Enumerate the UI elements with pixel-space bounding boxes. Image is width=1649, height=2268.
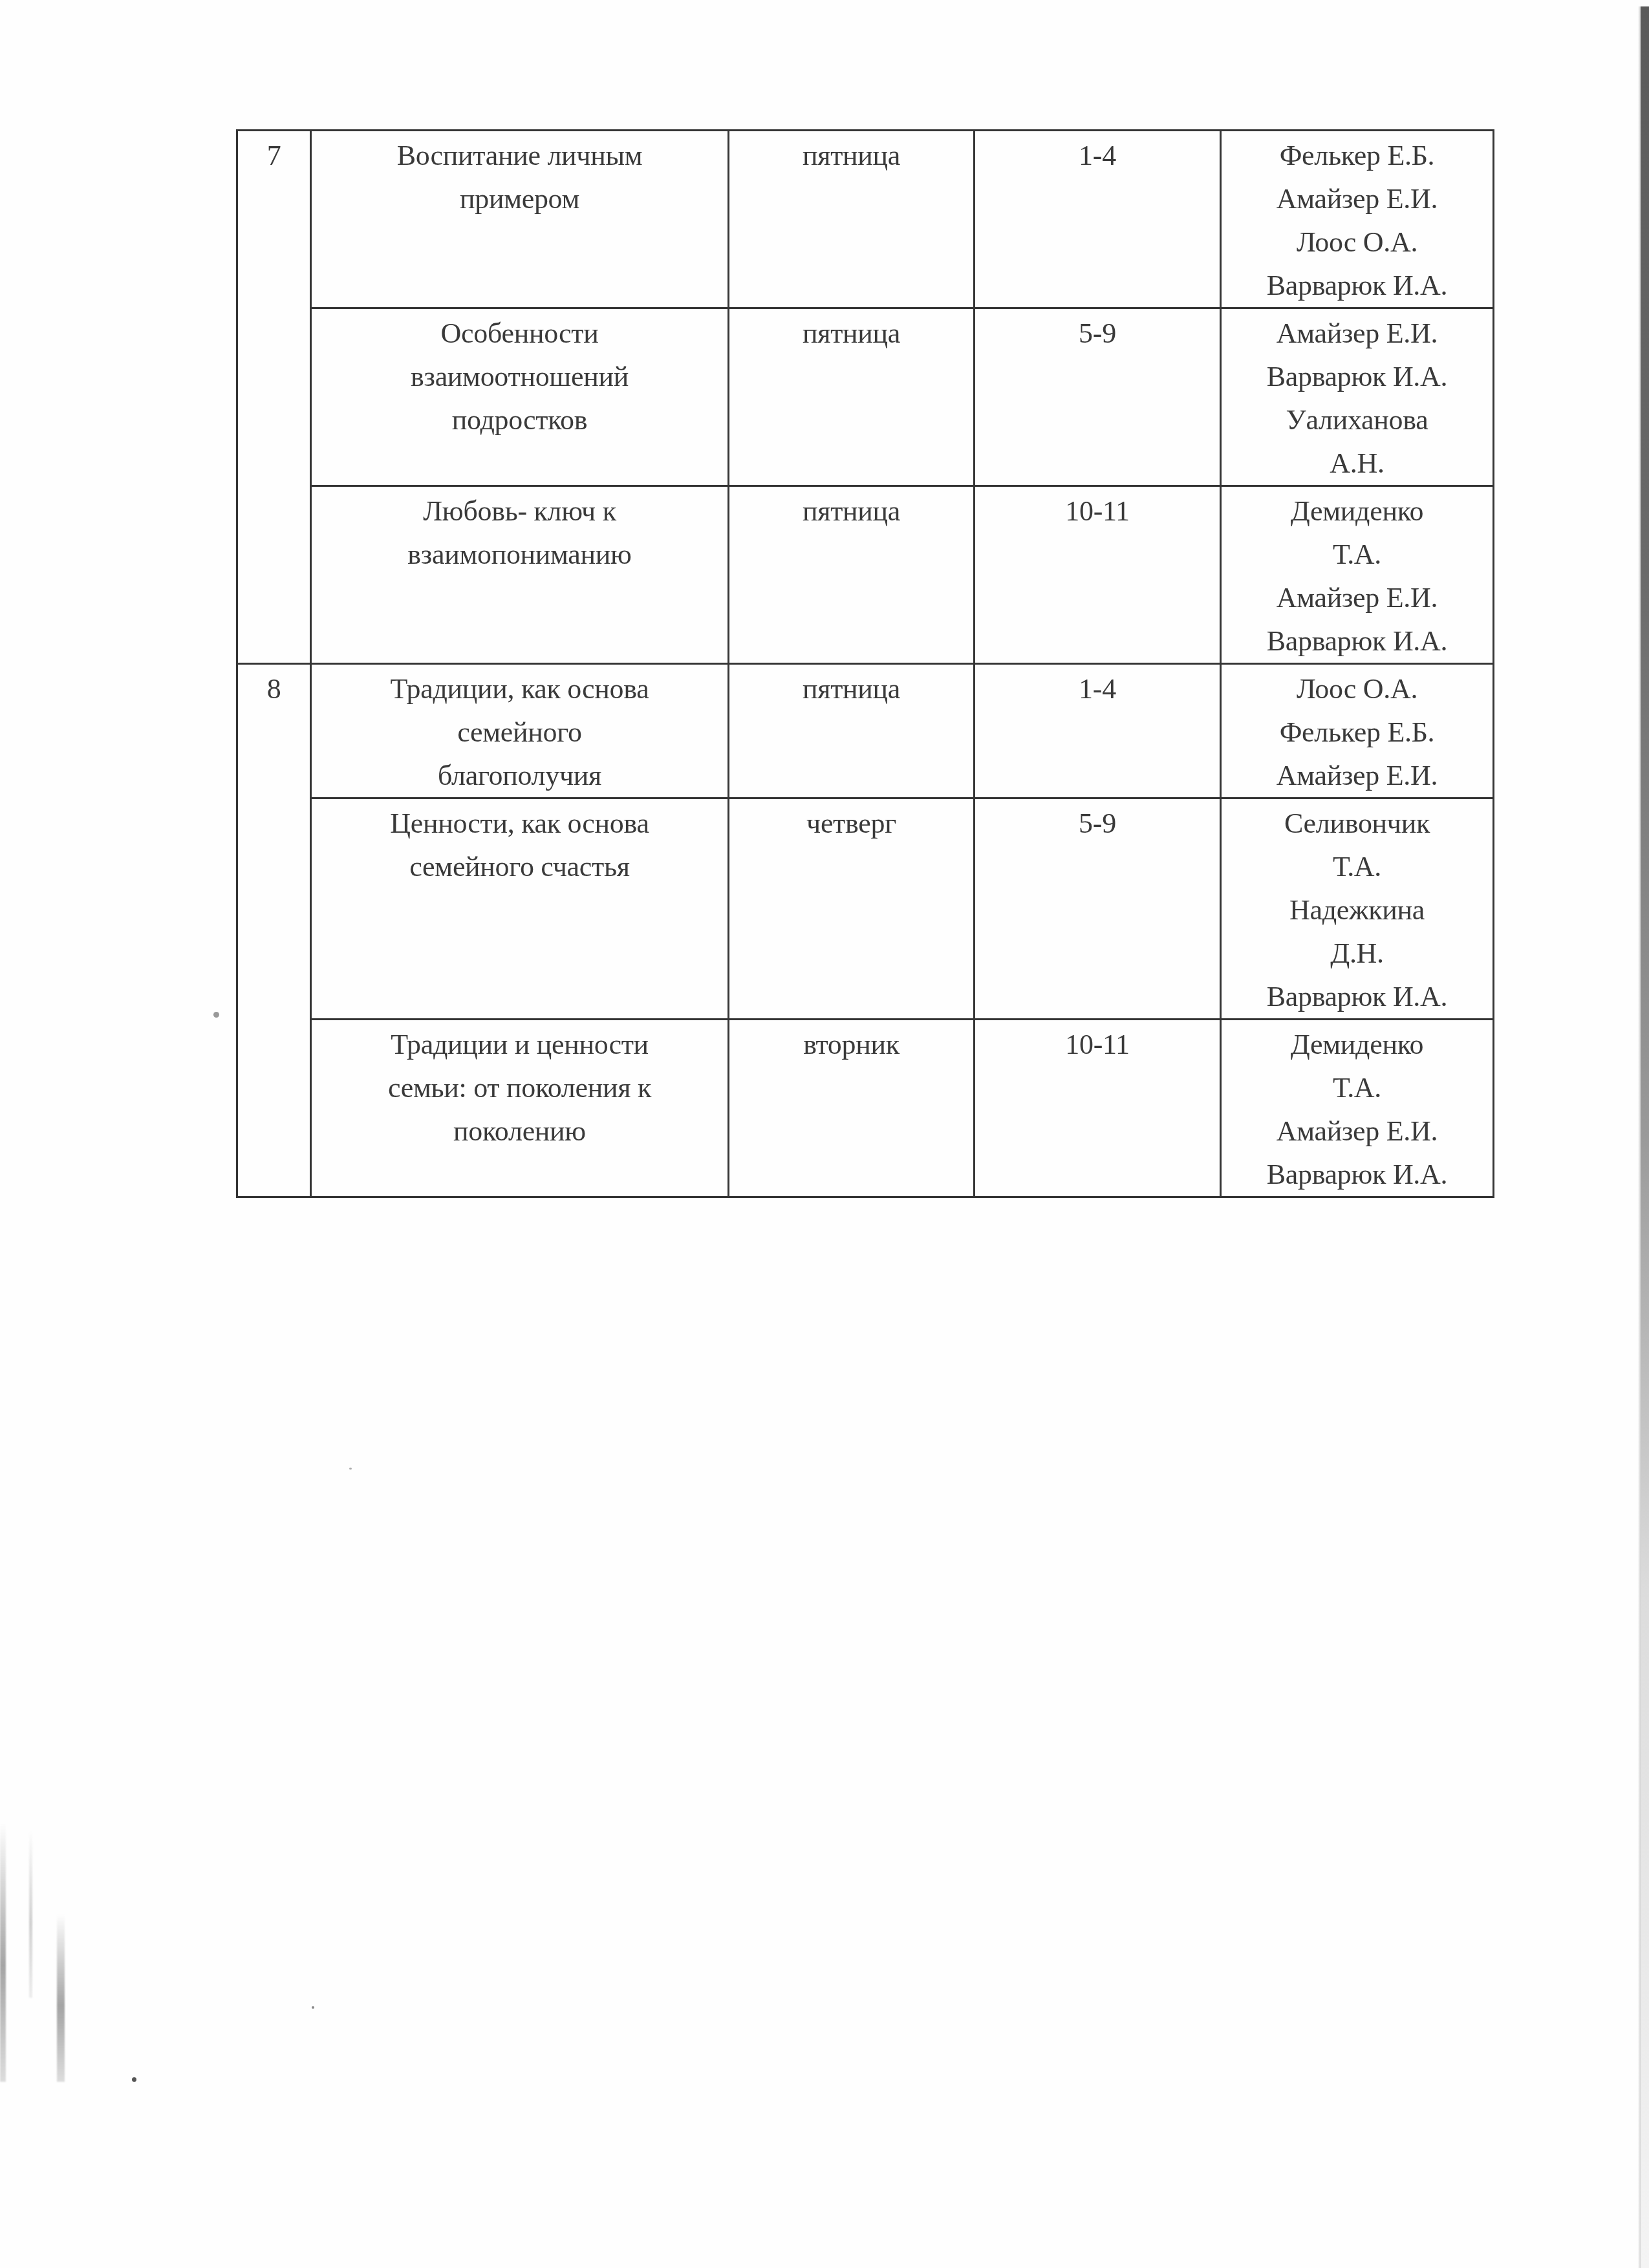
topic-line: Особенности [313, 312, 726, 355]
table-row: Любовь- ключ квзаимопониманиюпятница10-1… [237, 486, 1494, 664]
day-cell: пятница [729, 131, 975, 308]
responsible-name: Фелькер Е.Б. [1223, 134, 1491, 177]
topic-line: семьи: от поколения к [313, 1066, 726, 1109]
responsible-name: Амайзер Е.И. [1223, 177, 1491, 220]
scan-streak [57, 1914, 65, 2082]
responsible-name: Уалиханова [1223, 398, 1491, 442]
responsible-name: Демиденко [1223, 489, 1491, 533]
topic-cell: Традиции, как основасемейногоблагополучи… [311, 664, 729, 798]
grades-cell: 1-4 [975, 664, 1221, 798]
responsible-name: Варварюк И.А. [1223, 355, 1491, 398]
group-number: 8 [239, 667, 308, 711]
topic-line: семейного [313, 711, 726, 754]
group-number-cell: 7 [237, 131, 311, 664]
responsible-name: Т.А. [1223, 533, 1491, 576]
responsible-cell: СеливончикТ.А.НадежкинаД.Н.Варварюк И.А. [1221, 798, 1494, 1020]
day-cell: пятница [729, 664, 975, 798]
day-cell: пятница [729, 486, 975, 664]
topic-line: семейного счастья [313, 845, 726, 888]
table-row: Особенностивзаимоотношенийподростковпятн… [237, 308, 1494, 486]
responsible-name: А.Н. [1223, 442, 1491, 485]
responsible-name: Варварюк И.А. [1223, 1153, 1491, 1196]
grades-cell: 10-11 [975, 486, 1221, 664]
topic-line: поколению [313, 1109, 726, 1153]
scan-page-edge [1641, 6, 1649, 2268]
table-row: 8Традиции, как основасемейногоблагополуч… [237, 664, 1494, 798]
topic-cell: Особенностивзаимоотношенийподростков [311, 308, 729, 486]
scan-speck [132, 2077, 136, 2082]
responsible-name: Лоос О.А. [1223, 220, 1491, 264]
topic-line: подростков [313, 398, 726, 442]
day-cell: пятница [729, 308, 975, 486]
day-text: четверг [731, 802, 972, 845]
responsible-name: Амайзер Е.И. [1223, 312, 1491, 355]
topic-line: примером [313, 177, 726, 220]
responsible-name: Варварюк И.А. [1223, 619, 1491, 663]
scan-streak [29, 1830, 32, 1998]
day-text: вторник [731, 1023, 972, 1066]
topic-line: взаимопониманию [313, 533, 726, 576]
grades-cell: 5-9 [975, 308, 1221, 486]
grades-text: 10-11 [976, 489, 1218, 533]
table-row: Традиции и ценностисемьи: от поколения к… [237, 1020, 1494, 1197]
day-cell: вторник [729, 1020, 975, 1197]
grades-cell: 1-4 [975, 131, 1221, 308]
schedule-table: 7Воспитание личнымпримеромпятница1-4Фель… [236, 129, 1494, 1198]
responsible-name: Д.Н. [1223, 932, 1491, 975]
responsible-name: Т.А. [1223, 1066, 1491, 1109]
schedule-body: 7Воспитание личнымпримеромпятница1-4Фель… [237, 131, 1494, 1197]
day-text: пятница [731, 489, 972, 533]
day-text: пятница [731, 667, 972, 711]
grades-text: 10-11 [976, 1023, 1218, 1066]
group-number: 7 [239, 134, 308, 177]
topic-line: Традиции, как основа [313, 667, 726, 711]
grades-text: 5-9 [976, 312, 1218, 355]
topic-line: взаимоотношений [313, 355, 726, 398]
responsible-name: Фелькер Е.Б. [1223, 711, 1491, 754]
group-number-cell: 8 [237, 664, 311, 1197]
day-text: пятница [731, 312, 972, 355]
scan-speck [349, 1468, 352, 1470]
scan-speck [312, 2006, 314, 2009]
responsible-name: Варварюк И.А. [1223, 975, 1491, 1018]
grades-cell: 5-9 [975, 798, 1221, 1020]
responsible-name: Селивончик [1223, 802, 1491, 845]
responsible-name: Демиденко [1223, 1023, 1491, 1066]
responsible-name: Надежкина [1223, 888, 1491, 932]
topic-cell: Любовь- ключ квзаимопониманию [311, 486, 729, 664]
day-cell: четверг [729, 798, 975, 1020]
topic-line: Ценности, как основа [313, 802, 726, 845]
topic-cell: Воспитание личнымпримером [311, 131, 729, 308]
grades-text: 1-4 [976, 134, 1218, 177]
table-row: 7Воспитание личнымпримеромпятница1-4Фель… [237, 131, 1494, 308]
topic-cell: Ценности, как основасемейного счастья [311, 798, 729, 1020]
scan-speck [213, 1012, 219, 1018]
grades-text: 5-9 [976, 802, 1218, 845]
topic-line: Любовь- ключ к [313, 489, 726, 533]
grades-cell: 10-11 [975, 1020, 1221, 1197]
responsible-cell: Лоос О.А.Фелькер Е.Б.Амайзер Е.И. [1221, 664, 1494, 798]
responsible-cell: Фелькер Е.Б.Амайзер Е.И.Лоос О.А.Варварю… [1221, 131, 1494, 308]
table-row: Ценности, как основасемейного счастьячет… [237, 798, 1494, 1020]
responsible-name: Амайзер Е.И. [1223, 754, 1491, 797]
responsible-cell: Амайзер Е.И.Варварюк И.А.УалихановаА.Н. [1221, 308, 1494, 486]
responsible-cell: ДемиденкоТ.А.Амайзер Е.И.Варварюк И.А. [1221, 486, 1494, 664]
topic-cell: Традиции и ценностисемьи: от поколения к… [311, 1020, 729, 1197]
responsible-name: Амайзер Е.И. [1223, 576, 1491, 619]
scan-streak [0, 1823, 6, 2082]
responsible-name: Варварюк И.А. [1223, 264, 1491, 307]
responsible-name: Т.А. [1223, 845, 1491, 888]
topic-line: благополучия [313, 754, 726, 797]
responsible-cell: ДемиденкоТ.А.Амайзер Е.И.Варварюк И.А. [1221, 1020, 1494, 1197]
day-text: пятница [731, 134, 972, 177]
responsible-name: Лоос О.А. [1223, 667, 1491, 711]
topic-line: Воспитание личным [313, 134, 726, 177]
topic-line: Традиции и ценности [313, 1023, 726, 1066]
grades-text: 1-4 [976, 667, 1218, 711]
responsible-name: Амайзер Е.И. [1223, 1109, 1491, 1153]
